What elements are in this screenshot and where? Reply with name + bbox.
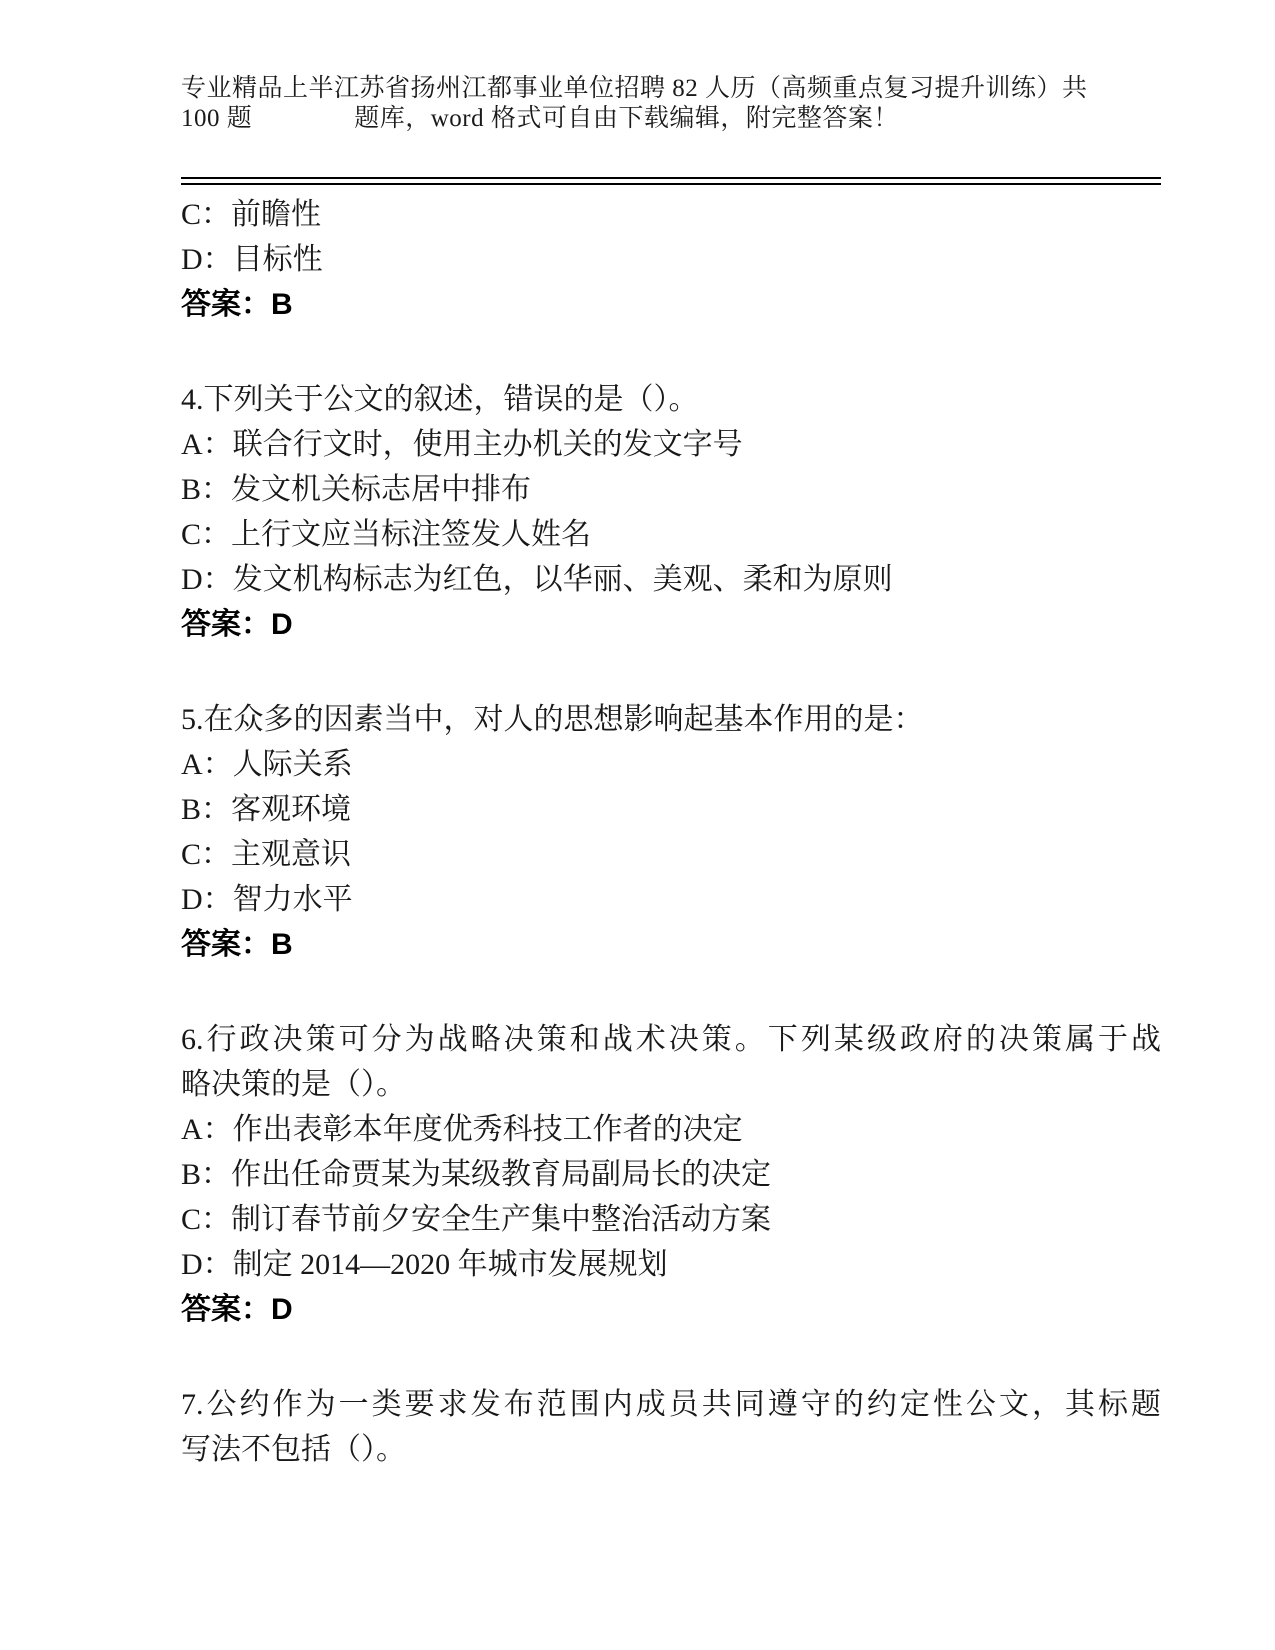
option-line: D：智力水平: [181, 877, 1161, 922]
question-stem-line: 4.下列关于公文的叙述，错误的是（）。: [181, 377, 1161, 422]
option-line: C：上行文应当标注签发人姓名: [181, 512, 1161, 557]
option-line: D：制定 2014—2020 年城市发展规划: [181, 1242, 1161, 1287]
header-title-line-2: 100 题 题库，word 格式可自由下载编辑，附完整答案！: [181, 104, 1161, 134]
option-line: D：目标性: [181, 237, 1161, 282]
header-divider: [181, 177, 1161, 185]
question-block: C：前瞻性D：目标性答案：B: [181, 192, 1161, 327]
header-title-line-1: 专业精品上半江苏省扬州江都事业单位招聘 82 人历（高频重点复习提升训练）共: [181, 74, 1161, 104]
option-line: C：主观意识: [181, 832, 1161, 877]
option-line: A：人际关系: [181, 742, 1161, 787]
question-block: 4.下列关于公文的叙述，错误的是（）。A：联合行文时，使用主办机关的发文字号B：…: [181, 377, 1161, 647]
question-stem-line: 略决策的是（）。: [181, 1062, 1161, 1107]
page-content-column: 专业精品上半江苏省扬州江都事业单位招聘 82 人历（高频重点复习提升训练）共 1…: [0, 0, 1275, 1472]
option-line: B：客观环境: [181, 787, 1161, 832]
question-stem-line: 7.公约作为一类要求发布范围内成员共同遵守的约定性公文，其标题: [181, 1382, 1161, 1427]
answer-line: 答案：D: [181, 1287, 1161, 1332]
questions-area: C：前瞻性D：目标性答案：B4.下列关于公文的叙述，错误的是（）。A：联合行文时…: [181, 185, 1161, 1472]
option-line: D：发文机构标志为红色，以华丽、美观、柔和为原则: [181, 557, 1161, 602]
option-line: A：作出表彰本年度优秀科技工作者的决定: [181, 1107, 1161, 1152]
option-line: C：制订春节前夕安全生产集中整治活动方案: [181, 1197, 1161, 1242]
option-line: B：作出任命贾某为某级教育局副局长的决定: [181, 1152, 1161, 1197]
answer-line: 答案：B: [181, 922, 1161, 967]
document-header: 专业精品上半江苏省扬州江都事业单位招聘 82 人历（高频重点复习提升训练）共 1…: [181, 0, 1161, 134]
question-block: 7.公约作为一类要求发布范围内成员共同遵守的约定性公文，其标题写法不包括（）。: [181, 1382, 1161, 1472]
question-block: 5.在众多的因素当中，对人的思想影响起基本作用的是：A：人际关系B：客观环境C：…: [181, 697, 1161, 967]
option-line: C：前瞻性: [181, 192, 1161, 237]
question-stem-line: 写法不包括（）。: [181, 1427, 1161, 1472]
question-block: 6.行政决策可分为战略决策和战术决策。下列某级政府的决策属于战略决策的是（）。A…: [181, 1017, 1161, 1332]
answer-line: 答案：D: [181, 602, 1161, 647]
question-stem-line: 5.在众多的因素当中，对人的思想影响起基本作用的是：: [181, 697, 1161, 742]
question-stem-line: 6.行政决策可分为战略决策和战术决策。下列某级政府的决策属于战: [181, 1017, 1161, 1062]
option-line: A：联合行文时，使用主办机关的发文字号: [181, 422, 1161, 467]
document-page: 专业精品上半江苏省扬州江都事业单位招聘 82 人历（高频重点复习提升训练）共 1…: [0, 0, 1275, 1650]
answer-line: 答案：B: [181, 282, 1161, 327]
option-line: B：发文机关标志居中排布: [181, 467, 1161, 512]
